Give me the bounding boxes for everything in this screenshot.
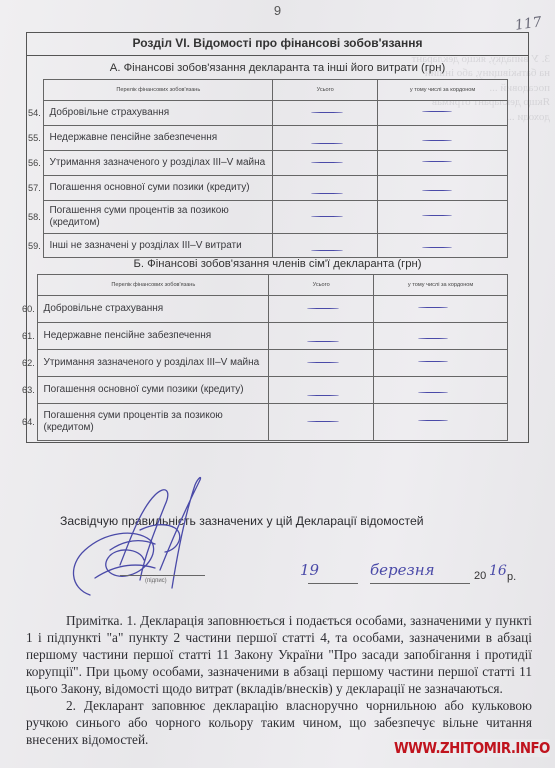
row-number: 56. <box>28 151 44 176</box>
row-abroad[interactable] <box>378 126 508 151</box>
row-number: 58. <box>28 201 44 234</box>
row-number: 54. <box>28 101 44 126</box>
dash-mark <box>307 421 339 422</box>
row-abroad[interactable] <box>378 151 508 176</box>
header-abroad: у тому числі за кордоном <box>378 80 508 101</box>
table-row: 63.Погашення основної суми позики (креди… <box>22 377 508 404</box>
row-abroad[interactable] <box>374 377 508 404</box>
table-row: 64.Погашення суми процентів за позикою (… <box>22 404 508 441</box>
dash-mark <box>307 362 339 363</box>
row-abroad[interactable] <box>378 101 508 126</box>
row-label: Погашення основної суми позики (кредиту) <box>38 377 269 404</box>
row-number: 62. <box>22 350 38 377</box>
table-row: 58.Погашення суми процентів за позикою (… <box>28 201 508 234</box>
dash-mark <box>311 162 343 163</box>
header-total: Усього <box>269 275 374 296</box>
date-year-prefix: 20 <box>474 570 486 582</box>
dash-mark <box>307 341 339 342</box>
date-month-line <box>370 583 470 584</box>
row-abroad[interactable] <box>374 404 508 441</box>
dash-mark <box>418 338 448 339</box>
dash-mark <box>418 361 448 362</box>
dash-mark <box>307 395 339 396</box>
header-list: Перелік фінансових зобов'язань <box>38 275 269 296</box>
row-label: Недержавне пенсійне забезпечення <box>44 126 273 151</box>
table-a-title: А. Фінансові зобов'язання декларанта та … <box>26 62 529 74</box>
row-label: Недержавне пенсійне забезпечення <box>38 323 269 350</box>
header-list: Перелік фінансових зобов'язань <box>44 80 273 101</box>
dash-mark <box>418 420 448 421</box>
table-row: 55.Недержавне пенсійне забезпечення <box>28 126 508 151</box>
header-total: Усього <box>273 80 378 101</box>
signature-line <box>120 575 205 576</box>
row-label: Утримання зазначеного у розділах III–V м… <box>44 151 273 176</box>
dash-mark <box>422 140 452 141</box>
row-abroad[interactable] <box>378 176 508 201</box>
row-number: 55. <box>28 126 44 151</box>
dash-mark <box>422 161 452 162</box>
row-number: 57. <box>28 176 44 201</box>
dash-mark <box>311 193 343 194</box>
table-b: Перелік фінансових зобов'язань Усього у … <box>22 274 508 441</box>
date-month: березня <box>370 561 435 579</box>
row-abroad[interactable] <box>374 296 508 323</box>
row-abroad[interactable] <box>378 234 508 258</box>
row-label: Добровільне страхування <box>38 296 269 323</box>
row-abroad[interactable] <box>374 323 508 350</box>
signature-caption: (підпис) <box>145 578 167 584</box>
watermark: WWW.ZHITOMIR.INFO <box>394 739 550 757</box>
row-total[interactable] <box>273 101 378 126</box>
table-row: 54.Добровільне страхування <box>28 101 508 126</box>
row-number: 59. <box>28 234 44 258</box>
notes: Примітка. 1. Декларація заповнюється і п… <box>26 612 532 748</box>
table-row: 56.Утримання зазначеного у розділах III–… <box>28 151 508 176</box>
date-day: 19 <box>300 561 319 579</box>
row-total[interactable] <box>269 404 374 441</box>
table-row: 62.Утримання зазначеного у розділах III–… <box>22 350 508 377</box>
table-row: 60.Добровільне страхування <box>22 296 508 323</box>
note-1: Примітка. 1. Декларація заповнюється і п… <box>26 612 532 697</box>
table-row: 59.Інші не зазначені у розділах III–V ви… <box>28 234 508 258</box>
section-title: Розділ VI. Відомості про фінансові зобов… <box>26 32 529 56</box>
dash-mark <box>422 190 452 191</box>
row-abroad[interactable] <box>378 201 508 234</box>
row-total[interactable] <box>273 176 378 201</box>
row-label: Добровільне страхування <box>44 101 273 126</box>
row-label: Погашення основної суми позики (кредиту) <box>44 176 273 201</box>
header-abroad: у тому числі за кордоном <box>374 275 508 296</box>
dash-mark <box>418 307 448 308</box>
dash-mark <box>422 215 452 216</box>
row-label: Утримання зазначеного у розділах III–V м… <box>38 350 269 377</box>
row-number: 64. <box>22 404 38 441</box>
row-total[interactable] <box>269 323 374 350</box>
row-total[interactable] <box>273 126 378 151</box>
row-abroad[interactable] <box>374 350 508 377</box>
row-label: Інші не зазначені у розділах III–V витра… <box>44 234 273 258</box>
table-b-title: Б. Фінансові зобов'язання членів сім'ї д… <box>26 258 529 270</box>
row-total[interactable] <box>273 234 378 258</box>
row-total[interactable] <box>269 296 374 323</box>
row-total[interactable] <box>269 350 374 377</box>
row-number: 61. <box>22 323 38 350</box>
date-year: 16 <box>489 563 507 579</box>
handwritten-sheet-number: 117 <box>514 14 543 34</box>
dash-mark <box>311 143 343 144</box>
date-year-unit: р. <box>507 571 516 583</box>
dash-mark <box>311 216 343 217</box>
dash-mark <box>422 247 452 248</box>
table-a: Перелік фінансових зобов'язань Усього у … <box>28 79 508 258</box>
table-row: 57.Погашення основної суми позики (креди… <box>28 176 508 201</box>
dash-mark <box>418 392 448 393</box>
table-row: 61.Недержавне пенсійне забезпечення <box>22 323 508 350</box>
row-label: Погашення суми процентів за позикою (кре… <box>38 404 269 441</box>
row-total[interactable] <box>269 377 374 404</box>
row-label: Погашення суми процентів за позикою (кре… <box>44 201 273 234</box>
date-day-line <box>308 583 358 584</box>
dash-mark <box>311 112 343 113</box>
page-number: 9 <box>0 3 555 18</box>
signature-icon <box>60 470 210 605</box>
document-page: 3. У випадку, якщо декларант на батьківщ… <box>0 0 555 768</box>
row-number: 60. <box>22 296 38 323</box>
dash-mark <box>311 250 343 251</box>
dash-mark <box>422 111 452 112</box>
row-total[interactable] <box>273 201 378 234</box>
row-number: 63. <box>22 377 38 404</box>
dash-mark <box>307 308 339 309</box>
row-total[interactable] <box>273 151 378 176</box>
